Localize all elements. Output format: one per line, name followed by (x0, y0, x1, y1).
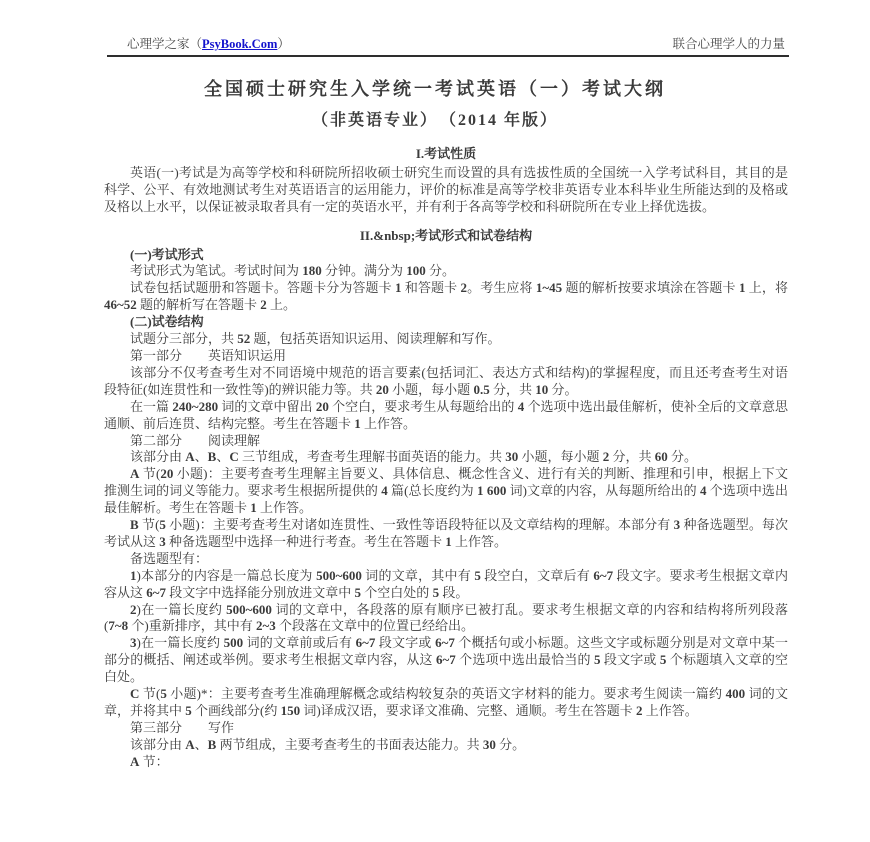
doc-paragraph: 1)本部分的内容是一篇总长度为 500~600 词的文章，其中有 5 段空白，文… (104, 568, 788, 602)
part-1-label: 第一部分 英语知识运用 (104, 348, 788, 365)
doc-paragraph: 2)在一篇长度约 500~600 词的文章中，各段落的原有顺序已被打乱。要求考生… (104, 602, 788, 636)
doc-paragraph: C 节(5 小题)*：主要考查考生准确理解概念或结构较复杂的英语文字材料的能力。… (104, 686, 788, 720)
sub-heading-exam-form: (一)考试形式 (104, 247, 788, 264)
doc-paragraph: 该部分不仅考查考生对不同语境中规范的语言要素(包括词汇、表达方式和结构)的掌握程… (104, 365, 788, 399)
doc-paragraph: 英语(一)考试是为高等学校和科研院所招收硕士研究生而设置的具有选拔性质的全国统一… (104, 165, 788, 216)
doc-paragraph: 考试形式为笔试。考试时间为 180 分钟。满分为 100 分。 (104, 263, 788, 280)
page-header: 心理学之家（PsyBook.Com） 联合心理学人的力量 (107, 36, 789, 57)
doc-title: 全国硕士研究生入学统一考试英语（一）考试大纲 (0, 77, 870, 101)
part-3-label: 第三部分 写作 (104, 720, 788, 737)
part-2-label: 第二部分 阅读理解 (104, 433, 788, 450)
doc-paragraph: 在一篇 240~280 词的文章中留出 20 个空白，要求考生从每题给出的 4 … (104, 399, 788, 433)
doc-paragraph: A 节(20 小题)：主要考查考生理解主旨要义、具体信息、概念性含义、进行有关的… (104, 466, 788, 517)
doc-paragraph: 试卷包括试题册和答题卡。答题卡分为答题卡 1 和答题卡 2。考生应将 1~45 … (104, 280, 788, 314)
sub-heading-paper-structure: (二)试卷结构 (104, 314, 788, 331)
doc-paragraph: 备选题型有： (104, 551, 788, 568)
doc-paragraph: 该部分由 A、B、C 三节组成，考查考生理解书面英语的能力。共 30 小题，每小… (104, 449, 788, 466)
site-name-suffix: ） (277, 37, 290, 51)
document-body: I.考试性质 英语(一)考试是为高等学校和科研院所招收硕士研究生而设置的具有选拔… (104, 146, 788, 771)
site-title: 心理学之家（PsyBook.Com） (127, 36, 290, 52)
doc-subtitle: （非英语专业） （2014 年版） (0, 110, 870, 131)
section-heading-1: I.考试性质 (104, 146, 788, 163)
doc-paragraph: 试题分三部分，共 52 题，包括英语知识运用、阅读理解和写作。 (104, 331, 788, 348)
section-heading-2: II.&nbsp;考试形式和试卷结构 (104, 228, 788, 245)
site-link[interactable]: PsyBook.Com (202, 37, 277, 51)
doc-paragraph: 3)在一篇长度约 500 词的文章前或后有 6~7 段文字或 6~7 个概括句或… (104, 635, 788, 686)
header-tagline: 联合心理学人的力量 (672, 36, 785, 52)
doc-paragraph: 该部分由 A、B 两节组成，主要考查考生的书面表达能力。共 30 分。 (104, 737, 788, 754)
site-name-prefix: 心理学之家（ (127, 37, 202, 51)
doc-paragraph: B 节(5 小题)：主要考查考生对诸如连贯性、一致性等语段特征以及文章结构的理解… (104, 517, 788, 551)
section-a-label: A 节： (104, 754, 788, 771)
